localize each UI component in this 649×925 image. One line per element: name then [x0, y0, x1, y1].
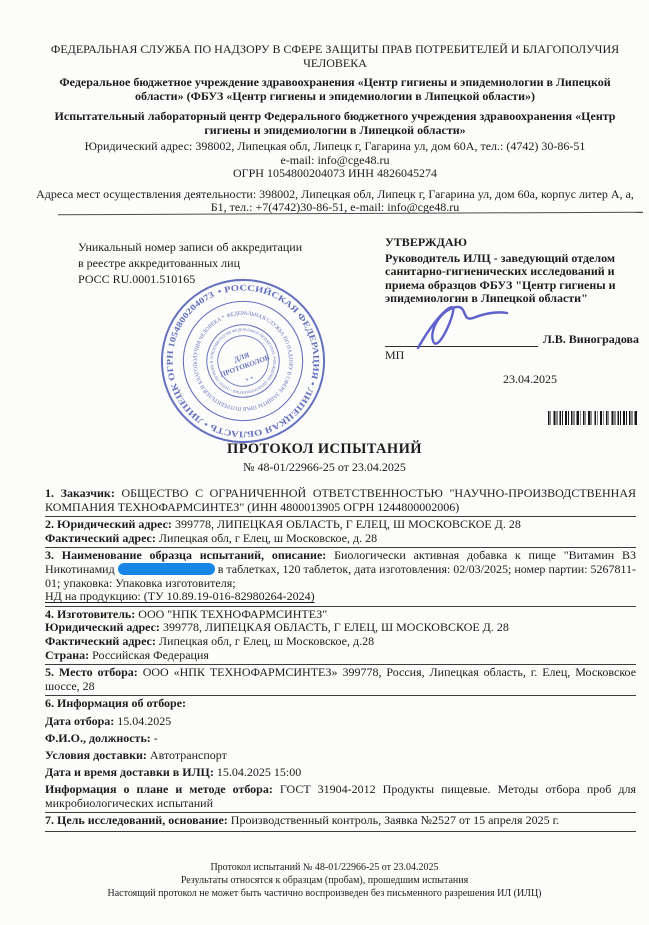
organization-name: Федеральное бюджетное учреждение здравоо…	[34, 75, 636, 103]
section-sampling-place: 5. Место отбора: ООО «НПК ТЕХНОФАРМСИНТЕ…	[45, 665, 636, 696]
email-line: e-mail: info@cge48.ru	[34, 154, 636, 168]
accreditation-line-1: Уникальный номер записи об аккредитации	[78, 239, 378, 255]
protocol-title: ПРОТОКОЛ ИСПЫТАНИЙ	[0, 441, 649, 458]
accreditation-line-2: в реестре аккредитованных лиц	[78, 255, 378, 271]
delivery-datetime-label: Дата и время доставки в ИЛЦ:	[45, 765, 214, 779]
ogrn-inn-line: ОГРН 1054800204073 ИНН 4826045274	[34, 167, 636, 181]
actual-address-value: Липецкая обл, г Елец, ш Московское, д. 2…	[159, 531, 377, 545]
handwritten-signature	[410, 296, 514, 360]
legal-address-label: 2. Юридический адрес:	[45, 517, 172, 531]
signer-name: Л.В. Виноградова	[538, 333, 639, 347]
country-value: Российская Федерация	[92, 648, 209, 662]
scanned-protocol-page: ФЕДЕРАЛЬНАЯ СЛУЖБА ПО НАДЗОРУ В СФЕРЕ ЗА…	[0, 0, 649, 925]
sample-name-label: 3. Наименование образца испытаний, описа…	[45, 548, 326, 562]
manufacturer-actual-value: Липецкая обл, г Елец, ш Московское, д.28	[159, 634, 374, 648]
sampling-place-label: 5. Место отбора:	[45, 665, 138, 679]
fio-value: -	[154, 731, 158, 745]
manufacturer-label: 4. Изготовитель:	[45, 607, 135, 621]
manufacturer-actual-label: Фактический адрес:	[45, 634, 156, 648]
section-customer-label: 1. Заказчик:	[45, 486, 115, 500]
section-manufacturer: 4. Изготовитель: ООО "НПК ТЕХНОФАРМСИНТЕ…	[45, 607, 636, 665]
sampling-info-label: 6. Информация об отборе:	[45, 696, 186, 710]
legal-address-line: Юридический адрес: 398002, Липецкая обл,…	[34, 140, 636, 154]
section-sample-name: 3. Наименование образца испытаний, описа…	[45, 548, 636, 606]
delivery-datetime-value: 15.04.2025 15:00	[217, 765, 301, 779]
manufacturer-value: ООО "НПК ТЕХНОФАРМСИНТЕЗ"	[138, 607, 327, 621]
purpose-value: Производственный контроль, Заявка №2527 …	[231, 813, 559, 827]
legal-address-value: 399778, ЛИПЕЦКАЯ ОБЛАСТЬ, Г ЕЛЕЦ, Ш МОСК…	[175, 517, 521, 531]
sampling-date-value: 15.04.2025	[117, 714, 171, 728]
protocol-number: № 48-01/22966-25 от 23.04.2025	[0, 460, 649, 475]
purpose-label: 7. Цель исследований, основание:	[45, 813, 228, 827]
section-legal-address: 2. Юридический адрес: 399778, ЛИПЕЦКАЯ О…	[45, 517, 636, 548]
fio-label: Ф.И.О., должность:	[45, 731, 151, 745]
manufacturer-legal-label: Юридический адрес:	[45, 620, 160, 634]
letterhead: ФЕДЕРАЛЬНАЯ СЛУЖБА ПО НАДЗОРУ В СФЕРЕ ЗА…	[34, 42, 636, 215]
page-footer: Протокол испытаний № 48-01/22966-25 от 2…	[0, 861, 649, 900]
section-customer: 1. Заказчик: ОБЩЕСТВО С ОГРАНИЧЕННОЙ ОТВ…	[45, 486, 636, 517]
actual-address-label: Фактический адрес:	[45, 531, 156, 545]
sampling-method-label: Информация о плане и методе отбора:	[45, 782, 273, 796]
laboratory-name: Испытательный лабораторный центр Федерал…	[34, 109, 636, 137]
footer-copy-restriction: Настоящий протокол не может быть частичн…	[0, 887, 649, 900]
delivery-conditions-label: Условия доставки:	[45, 748, 147, 762]
footer-protocol-number: Протокол испытаний № 48-01/22966-25 от 2…	[0, 861, 649, 874]
barcode	[548, 411, 638, 425]
federal-service-line: ФЕДЕРАЛЬНАЯ СЛУЖБА ПО НАДЗОРУ В СФЕРЕ ЗА…	[34, 42, 636, 70]
sampling-date-label: Дата отбора:	[45, 714, 114, 728]
country-label: Страна:	[45, 648, 89, 662]
nd-product-line: НД на продукцию: (ТУ 10.89.19-016-829802…	[45, 589, 315, 603]
approval-title: УТВЕРЖДАЮ	[385, 236, 639, 250]
redaction-bar	[118, 563, 215, 575]
activity-addresses-line: Адреса мест осуществления деятельности: …	[34, 188, 636, 215]
section-purpose: 7. Цель исследований, основание: Произво…	[45, 813, 636, 832]
section-sampling-info: 6. Информация об отборе: Дата отбора: 15…	[45, 696, 636, 813]
manufacturer-legal-value: 399778, ЛИПЕЦКАЯ ОБЛАСТЬ, Г ЕЛЕЦ, Ш МОСК…	[163, 620, 509, 634]
approval-date: 23.04.2025	[503, 373, 639, 387]
protocol-title-block: ПРОТОКОЛ ИСПЫТАНИЙ № 48-01/22966-25 от 2…	[0, 441, 649, 475]
footer-results-note: Результаты относятся к образцам (пробам)…	[0, 874, 649, 887]
protocol-sections: 1. Заказчик: ОБЩЕСТВО С ОГРАНИЧЕННОЙ ОТВ…	[45, 486, 636, 832]
section-customer-value: ОБЩЕСТВО С ОГРАНИЧЕННОЙ ОТВЕТСТВЕННОСТЬЮ…	[45, 486, 636, 514]
delivery-conditions-value: Автотранспорт	[150, 748, 227, 762]
